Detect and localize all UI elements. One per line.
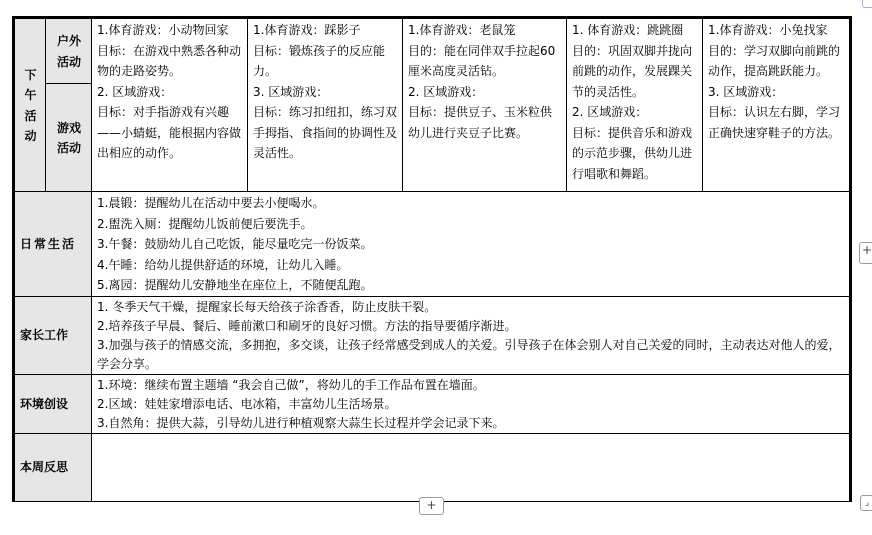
outdoor-activity-label: 户外活动: [46, 18, 92, 84]
table-resize-handle-icon[interactable]: ⌟: [860, 495, 872, 511]
cell-line: 1. 体育游戏：跳跳圈: [572, 20, 698, 41]
cell-line: 目的：巩固双脚并拢向前跳的动作，发展踝关节的灵活性。: [572, 41, 698, 103]
cell-line: 目标：提供音乐和游戏的示范步骤，供幼儿进行唱歌和舞蹈。: [572, 123, 698, 185]
parent-item: 2.培养孩子早晨、餐后、睡前漱口和刷牙的良好习惯。方法的指导要循序渐进。: [97, 317, 845, 336]
cell-line: 目标：锻炼孩子的反应能力。: [253, 41, 398, 82]
daily-item: 1.晨锻：提醒幼儿在活动中要去小便喝水。: [97, 193, 845, 214]
afternoon-cell-3[interactable]: 1.体育游戏：老鼠笼 目的：能在同伴双手拉起60厘米高度灵活钻。 2. 区域游戏…: [403, 18, 567, 192]
cell-line: 1.体育游戏：踩影子: [253, 20, 398, 41]
daily-item: 3.午餐：鼓励幼儿自己吃饭，能尽量吃完一份饭菜。: [97, 234, 845, 255]
afternoon-cell-4[interactable]: 1. 体育游戏：跳跳圈 目的：巩固双脚并拢向前跳的动作，发展踝关节的灵活性。 2…: [567, 18, 703, 192]
environment-item: 2.区域：娃娃家增添电话、电冰箱，丰富幼儿生活场景。: [97, 395, 845, 414]
parent-work-content[interactable]: 1. 冬季天气干燥，提醒家长每天给孩子涂香香，防止皮肤干裂。 2.培养孩子早晨、…: [92, 296, 851, 374]
parent-work-label: 家长工作: [14, 296, 92, 374]
afternoon-outdoor-row: 下午活动 户外活动 1.体育游戏：小动物回家 目标：在游戏中熟悉各种动物的走路姿…: [14, 18, 851, 84]
cell-line: 目的：能在同伴双手拉起60厘米高度灵活钻。: [408, 41, 562, 82]
cell-line: 1.体育游戏：小兔找家: [708, 20, 845, 41]
environment-label: 环境创设: [14, 374, 92, 433]
afternoon-cell-2[interactable]: 1.体育游戏：踩影子 目标：锻炼孩子的反应能力。 3. 区域游戏： 目标：练习扣…: [248, 18, 403, 192]
environment-content[interactable]: 1.环境：继续布置主题墙 “我会自己做”，将幼儿的手工作品布置在墙面。 2.区域…: [92, 374, 851, 433]
afternoon-section-label: 下午活动: [14, 18, 46, 192]
environment-row: 环境创设 1.环境：继续布置主题墙 “我会自己做”，将幼儿的手工作品布置在墙面。…: [14, 374, 851, 433]
parent-work-row: 家长工作 1. 冬季天气干燥，提醒家长每天给孩子涂香香，防止皮肤干裂。 2.培养…: [14, 296, 851, 374]
outdoor-label-text: 户外活动: [55, 31, 83, 72]
cell-line: 3. 区域游戏：: [253, 82, 398, 103]
environment-item: 1.环境：继续布置主题墙 “我会自己做”，将幼儿的手工作品布置在墙面。: [97, 376, 845, 395]
afternoon-cell-1[interactable]: 1.体育游戏：小动物回家 目标：在游戏中熟悉各种动物的走路姿势。 2. 区域游戏…: [92, 18, 248, 192]
cell-line: 1.体育游戏：老鼠笼: [408, 20, 562, 41]
cell-line: 目标：在游戏中熟悉各种动物的走路姿势。: [97, 41, 243, 82]
daily-item: 4.午睡：给幼儿提供舒适的环境，让幼儿入睡。: [97, 255, 845, 276]
cell-line: 2. 区域游戏：: [572, 102, 698, 123]
cell-line: 目标：练习扣纽扣，练习双手拇指、食指间的协调性及灵活性。: [253, 102, 398, 164]
cell-line: 目的：学习双脚向前跳的动作，提高跳跃能力。: [708, 41, 845, 82]
table-handle-corner[interactable]: [862, 0, 872, 8]
cell-line: 目标：提供豆子、玉米粒供幼儿进行夹豆子比赛。: [408, 102, 562, 143]
daily-life-label: 日常生活: [14, 192, 92, 297]
daily-life-row: 日常生活 1.晨锻：提醒幼儿在活动中要去小便喝水。 2.盥洗入厕：提醒幼儿饭前便…: [14, 192, 851, 297]
reflection-content[interactable]: [92, 433, 851, 501]
reflection-label: 本周反思: [14, 433, 92, 501]
environment-item: 3.自然角：提供大蒜，引导幼儿进行种植观察大蒜生长过程并学会记录下来。: [97, 414, 845, 433]
document-page: 下午活动 户外活动 1.体育游戏：小动物回家 目标：在游戏中熟悉各种动物的走路姿…: [0, 0, 872, 535]
cell-line: 2. 区域游戏：: [408, 82, 562, 103]
cell-line: 2. 区域游戏：: [97, 82, 243, 103]
afternoon-cell-5[interactable]: 1.体育游戏：小兔找家 目的：学习双脚向前跳的动作，提高跳跃能力。 3. 区域游…: [703, 18, 851, 192]
weekly-plan-table: 下午活动 户外活动 1.体育游戏：小动物回家 目标：在游戏中熟悉各种动物的走路姿…: [12, 16, 852, 502]
cell-line: 目标：认识左右脚，学习正确快速穿鞋子的方法。: [708, 102, 845, 143]
game-activity-label: 游戏活动: [46, 84, 92, 192]
cell-line: 3. 区域游戏：: [708, 82, 845, 103]
game-label-text: 游戏活动: [55, 118, 83, 159]
daily-life-content[interactable]: 1.晨锻：提醒幼儿在活动中要去小便喝水。 2.盥洗入厕：提醒幼儿饭前便后要洗手。…: [92, 192, 851, 297]
cell-line: 1.体育游戏：小动物回家: [97, 20, 243, 41]
parent-item: 3.加强与孩子的情感交流，多拥抱，多交谈，让孩子经常感受到成人的关爱。引导孩子在…: [97, 336, 845, 374]
parent-item: 1. 冬季天气干燥，提醒家长每天给孩子涂香香，防止皮肤干裂。: [97, 298, 845, 317]
cell-line: 目标：对手指游戏有兴趣——小蜻蜓，能根据内容做出相应的动作。: [97, 102, 243, 164]
daily-item: 5.离园：提醒幼儿安静地坐在座位上，不随便乱跑。: [97, 275, 845, 296]
add-row-button[interactable]: +: [419, 497, 444, 515]
add-column-button[interactable]: +: [859, 242, 872, 264]
afternoon-label-text: 下午活动: [24, 65, 38, 147]
reflection-row: 本周反思: [14, 433, 851, 501]
daily-item: 2.盥洗入厕：提醒幼儿饭前便后要洗手。: [97, 214, 845, 235]
